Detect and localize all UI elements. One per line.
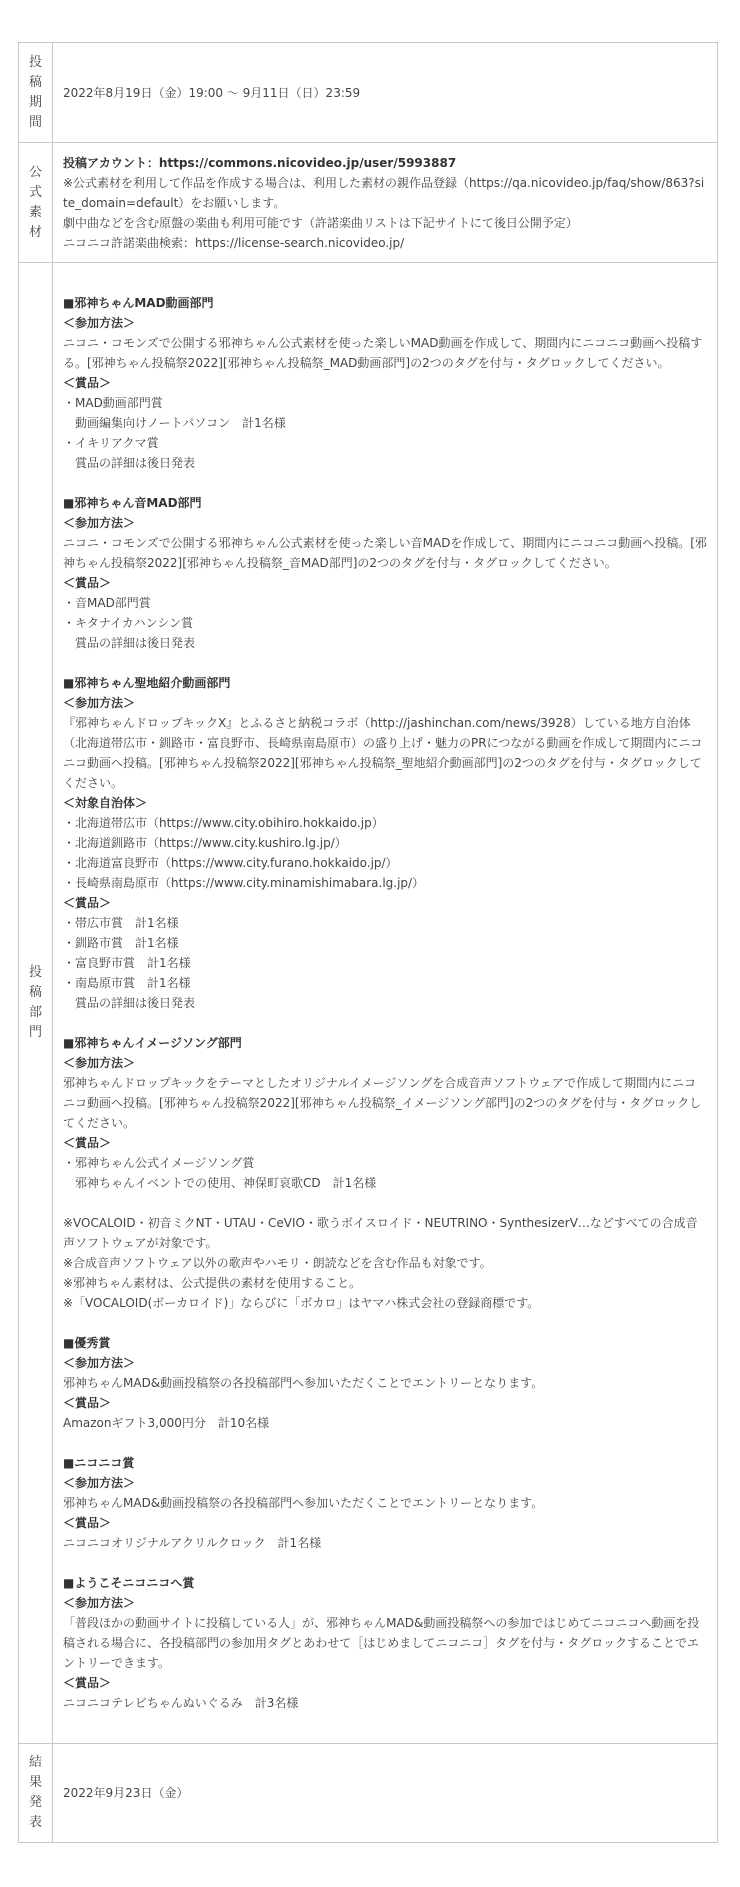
method-text: ニコニ・コモンズで公開する邪神ちゃん公式素材を使った楽しいMAD動画を作成して、… <box>63 333 707 373</box>
header-char: 材 <box>19 223 52 243</box>
award-title: ■ニコニコ賞 <box>63 1453 707 1473</box>
prize-line: ・富良野市賞 計1名様 <box>63 953 707 973</box>
prize-line: 賞品の詳細は後日発表 <box>63 453 707 473</box>
note-line: ※VOCALOID・初音ミクNT・UTAU・CeVIO・歌うボイスロイド・NEU… <box>63 1213 707 1253</box>
note-line: ※「VOCALOID(ボーカロイド)」ならびに「ボカロ」はヤマハ株式会社の登録商… <box>63 1293 707 1313</box>
prize-text: ニコニコオリジナルアクリルクロック 計1名様 <box>63 1533 707 1553</box>
header-char: 投 <box>19 53 52 73</box>
prize-text: Amazonギフト3,000円分 計10名様 <box>63 1413 707 1433</box>
header-char: 稿 <box>19 73 52 93</box>
section-title: ■邪神ちゃんイメージソング部門 <box>63 1033 707 1053</box>
section-mad-video: ■邪神ちゃんMAD動画部門 ＜参加方法＞ ニコニ・コモンズで公開する邪神ちゃん公… <box>63 293 707 473</box>
contest-info-table: 投 稿 期 間 2022年8月19日（金）19:00 ～ 9月11日（日）23:… <box>18 42 718 1843</box>
award-title: ■優秀賞 <box>63 1333 707 1353</box>
header-char: 部 <box>19 1003 52 1023</box>
prize-line: ・釧路市賞 計1名様 <box>63 933 707 953</box>
prize-line: ・帯広市賞 計1名様 <box>63 913 707 933</box>
result-announcement-value: 2022年9月23日（金） <box>53 1744 718 1843</box>
method-text: 「普段ほかの動画サイトに投稿している人」が、邪神ちゃんMAD&動画投稿祭への参加… <box>63 1613 707 1673</box>
method-text: 邪神ちゃんドロップキックをテーマとしたオリジナルイメージソングを合成音声ソフトウ… <box>63 1073 707 1133</box>
prize-line: 動画編集向けノートパソコン 計1名様 <box>63 413 707 433</box>
prize-line: 邪神ちゃんイベントでの使用、神保町哀歌CD 計1名様 <box>63 1173 707 1193</box>
note-line: ※邪神ちゃん素材は、公式提供の素材を使用すること。 <box>63 1273 707 1293</box>
target-municipality-link[interactable]: ・北海道帯広市（https://www.city.obihiro.hokkaid… <box>63 813 707 833</box>
prize-label: ＜賞品＞ <box>63 1673 707 1693</box>
target-label: ＜対象自治体＞ <box>63 793 707 813</box>
prize-line: ・MAD動画部門賞 <box>63 393 707 413</box>
prize-line: ・邪神ちゃん公式イメージソング賞 <box>63 1153 707 1173</box>
departments-content: ■邪神ちゃんMAD動画部門 ＜参加方法＞ ニコニ・コモンズで公開する邪神ちゃん公… <box>53 263 718 1744</box>
award-niconico: ■ニコニコ賞 ＜参加方法＞ 邪神ちゃんMAD&動画投稿祭の各投稿部門へ参加いただ… <box>63 1453 707 1553</box>
method-text: 邪神ちゃんMAD&動画投稿祭の各投稿部門へ参加いただくことでエントリーとなります… <box>63 1373 707 1393</box>
prize-line: 賞品の詳細は後日発表 <box>63 993 707 1013</box>
section-holy-site-video: ■邪神ちゃん聖地紹介動画部門 ＜参加方法＞ 『邪神ちゃんドロップキックX』とふる… <box>63 673 707 1013</box>
method-label: ＜参加方法＞ <box>63 1353 707 1373</box>
row-result-announcement: 結 果 発 表 2022年9月23日（金） <box>19 1744 718 1843</box>
row-submission-period: 投 稿 期 間 2022年8月19日（金）19:00 ～ 9月11日（日）23:… <box>19 43 718 143</box>
prize-label: ＜賞品＞ <box>63 573 707 593</box>
header-official-material: 公 式 素 材 <box>19 143 53 263</box>
official-material-content: 投稿アカウント：https://commons.nicovideo.jp/use… <box>53 143 718 263</box>
prize-line: ・イキリアクマ賞 <box>63 433 707 453</box>
prize-label: ＜賞品＞ <box>63 1133 707 1153</box>
header-result-announcement: 結 果 発 表 <box>19 1744 53 1843</box>
method-label: ＜参加方法＞ <box>63 513 707 533</box>
target-municipality-link[interactable]: ・北海道釧路市（https://www.city.kushiro.lg.jp/） <box>63 833 707 853</box>
prize-label: ＜賞品＞ <box>63 373 707 393</box>
parent-work-note: ※公式素材を利用して作品を作成する場合は、利用した素材の親作品登録（https:… <box>63 173 707 213</box>
award-welcome-niconico: ■ようこそニコニコへ賞 ＜参加方法＞ 「普段ほかの動画サイトに投稿している人」が… <box>63 1573 707 1713</box>
section-title: ■邪神ちゃんMAD動画部門 <box>63 293 707 313</box>
period-text: 2022年8月19日（金）19:00 ～ 9月11日（日）23:59 <box>63 86 360 100</box>
award-excellence: ■優秀賞 ＜参加方法＞ 邪神ちゃんMAD&動画投稿祭の各投稿部門へ参加いただくこ… <box>63 1333 707 1433</box>
header-char: 稿 <box>19 983 52 1003</box>
row-departments: 投 稿 部 門 ■邪神ちゃんMAD動画部門 ＜参加方法＞ ニコニ・コモンズで公開… <box>19 263 718 1744</box>
result-date-text: 2022年9月23日（金） <box>63 1786 188 1800</box>
section-title: ■邪神ちゃん音MAD部門 <box>63 493 707 513</box>
target-municipality-link[interactable]: ・北海道富良野市（https://www.city.furano.hokkaid… <box>63 853 707 873</box>
prize-label: ＜賞品＞ <box>63 1513 707 1533</box>
row-official-material: 公 式 素 材 投稿アカウント：https://commons.nicovide… <box>19 143 718 263</box>
header-char: 果 <box>19 1773 52 1793</box>
header-char: 投 <box>19 963 52 983</box>
header-submission-period: 投 稿 期 間 <box>19 43 53 143</box>
prize-line: 賞品の詳細は後日発表 <box>63 633 707 653</box>
method-text: 邪神ちゃんMAD&動画投稿祭の各投稿部門へ参加いただくことでエントリーとなります… <box>63 1493 707 1513</box>
header-char: 式 <box>19 183 52 203</box>
prize-label: ＜賞品＞ <box>63 893 707 913</box>
license-search-link[interactable]: ニコニコ許諾楽曲検索：https://license-search.nicovi… <box>63 233 707 253</box>
section-image-song: ■邪神ちゃんイメージソング部門 ＜参加方法＞ 邪神ちゃんドロップキックをテーマと… <box>63 1033 707 1193</box>
method-label: ＜参加方法＞ <box>63 1593 707 1613</box>
header-char: 期 <box>19 93 52 113</box>
synth-voice-notes: ※VOCALOID・初音ミクNT・UTAU・CeVIO・歌うボイスロイド・NEU… <box>63 1213 707 1313</box>
header-char: 公 <box>19 163 52 183</box>
header-char: 発 <box>19 1793 52 1813</box>
original-music-note: 劇中曲などを含む原盤の楽曲も利用可能です（許諾楽曲リストは下記サイトにて後日公開… <box>63 213 707 233</box>
award-title: ■ようこそニコニコへ賞 <box>63 1573 707 1593</box>
target-municipality-link[interactable]: ・長崎県南島原市（https://www.city.minamishimabar… <box>63 873 707 893</box>
submission-period-value: 2022年8月19日（金）19:00 ～ 9月11日（日）23:59 <box>53 43 718 143</box>
header-char: 間 <box>19 113 52 133</box>
method-text: ニコニ・コモンズで公開する邪神ちゃん公式素材を使った楽しい音MADを作成して、期… <box>63 533 707 573</box>
prize-line: ・南島原市賞 計1名様 <box>63 973 707 993</box>
section-oto-mad: ■邪神ちゃん音MAD部門 ＜参加方法＞ ニコニ・コモンズで公開する邪神ちゃん公式… <box>63 493 707 653</box>
header-char: 素 <box>19 203 52 223</box>
posting-account-link[interactable]: 投稿アカウント：https://commons.nicovideo.jp/use… <box>63 153 707 173</box>
section-title: ■邪神ちゃん聖地紹介動画部門 <box>63 673 707 693</box>
header-char: 門 <box>19 1023 52 1043</box>
prize-label: ＜賞品＞ <box>63 1393 707 1413</box>
method-label: ＜参加方法＞ <box>63 313 707 333</box>
method-label: ＜参加方法＞ <box>63 693 707 713</box>
method-text: 『邪神ちゃんドロップキックX』とふるさと納税コラボ（http://jashinc… <box>63 713 707 793</box>
prize-line: ・音MAD部門賞 <box>63 593 707 613</box>
note-line: ※合成音声ソフトウェア以外の歌声やハモリ・朗読などを含む作品も対象です。 <box>63 1253 707 1273</box>
header-departments: 投 稿 部 門 <box>19 263 53 1744</box>
header-char: 結 <box>19 1753 52 1773</box>
prize-text: ニコニコテレビちゃんぬいぐるみ 計3名様 <box>63 1693 707 1713</box>
method-label: ＜参加方法＞ <box>63 1053 707 1073</box>
header-char: 表 <box>19 1813 52 1833</box>
prize-line: ・キタナイカハンシン賞 <box>63 613 707 633</box>
method-label: ＜参加方法＞ <box>63 1473 707 1493</box>
